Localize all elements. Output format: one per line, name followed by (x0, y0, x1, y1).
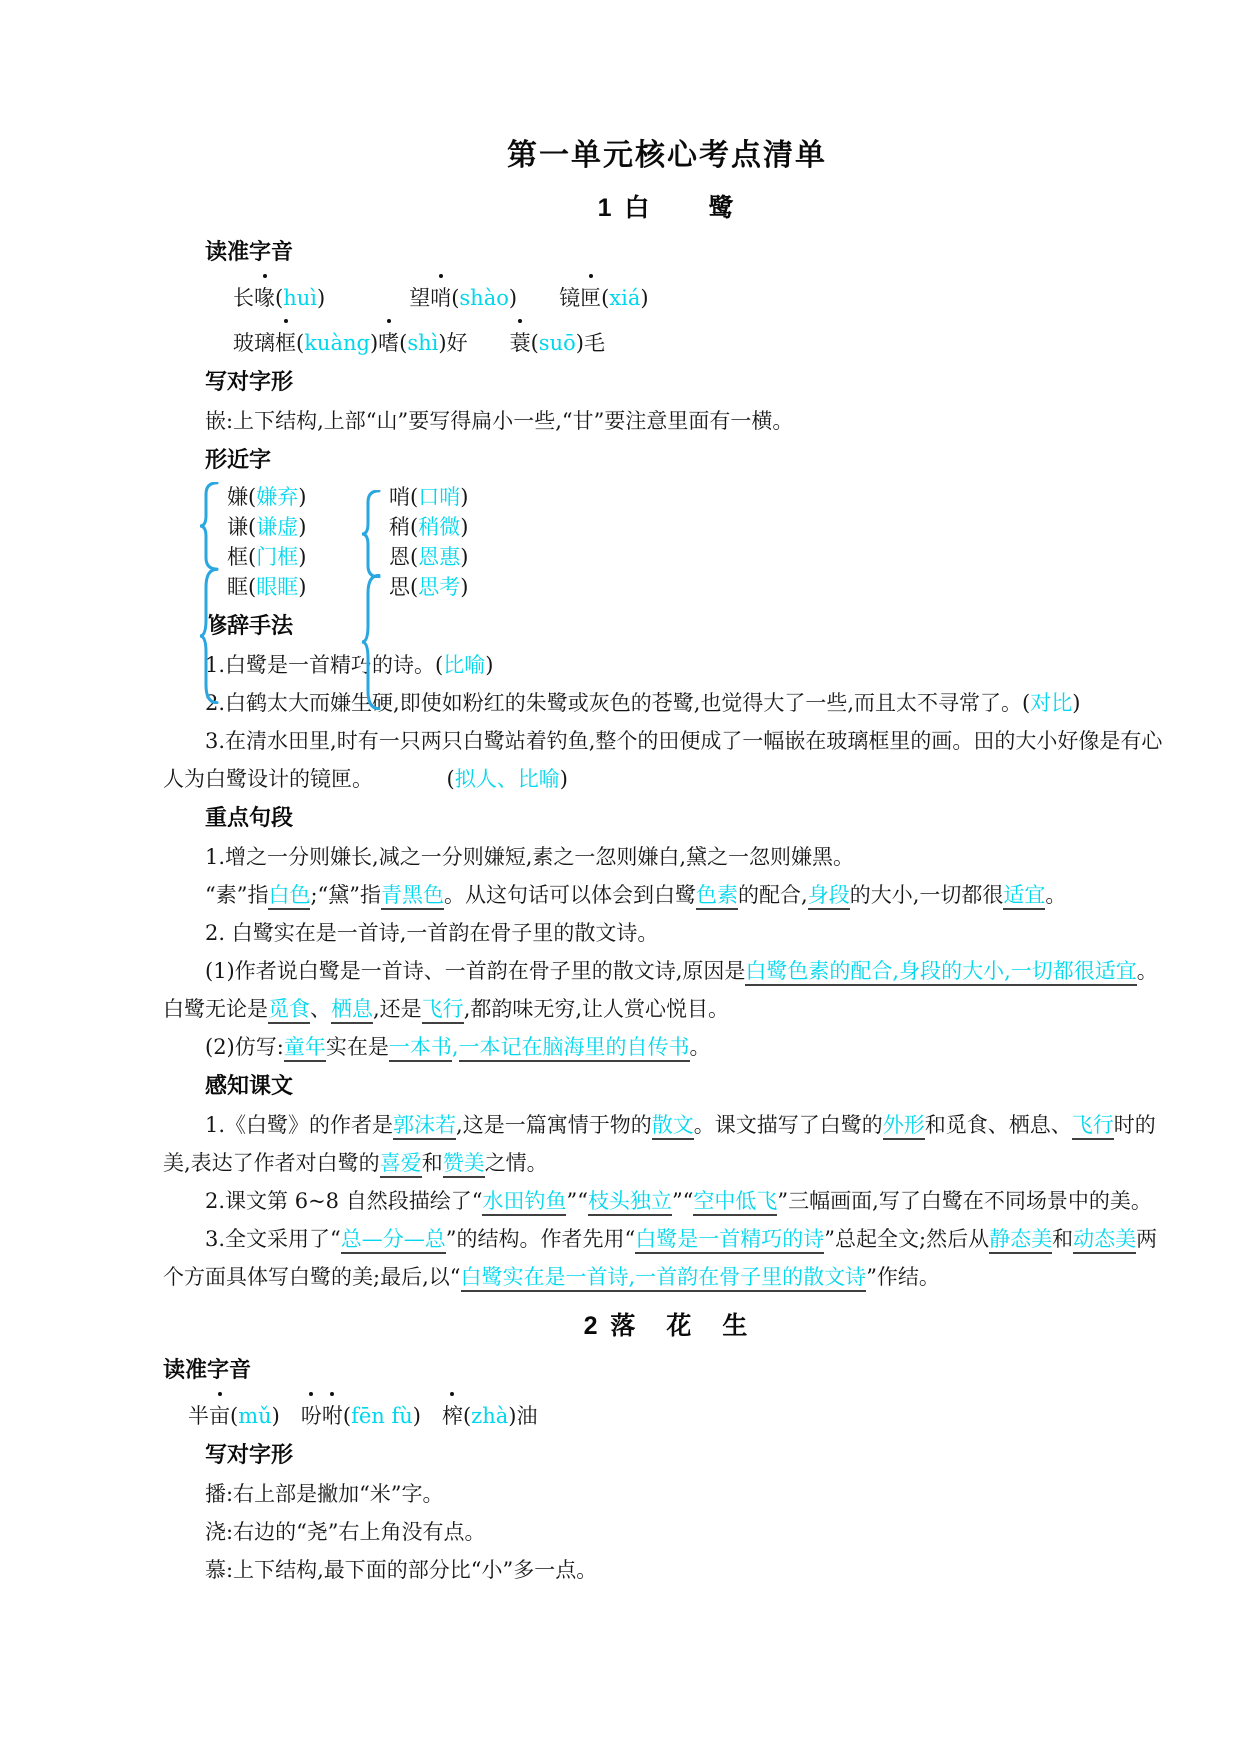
text-segment: ) (640, 286, 648, 310)
text-segment: 喜爱 (380, 1151, 422, 1178)
section-heading: 形近字 (205, 440, 1171, 480)
text-segment: mǔ (238, 1404, 271, 1428)
base-character: 谦 (227, 515, 248, 539)
text-segment: 郭沫若 (393, 1113, 456, 1140)
text-segment: huì (283, 286, 317, 310)
similar-character-item: 框(门框) (227, 542, 306, 572)
phonetic-line: 长喙(huì) 望哨(shào) 镜匣(xiá) (233, 272, 1171, 317)
character-example: 恩惠 (418, 545, 460, 569)
text-segment: 油 (516, 1404, 537, 1428)
paren: ( (410, 485, 418, 509)
paragraph: 浇:右边的“尧”右上角没有点。 (163, 1513, 1171, 1551)
paragraph: 3.在清水田里,时有一只两只白鹭站着钓鱼,整个的田便成了一幅嵌在玻璃框里的画。田… (163, 722, 1171, 798)
text-segment (468, 331, 510, 355)
base-character: 稍 (389, 515, 410, 539)
base-character: 恩 (389, 545, 410, 569)
text-segment: 总—分—总 (341, 1227, 446, 1254)
character-example: 口哨 (418, 485, 460, 509)
lesson-title: 2 落 花 生 (163, 1306, 1171, 1342)
text-segment: 播:右上部是撇加“米”字。 (205, 1482, 444, 1506)
text-segment: 。 (690, 1035, 711, 1059)
section-heading: 写对字形 (205, 362, 1171, 402)
base-character: 嫌 (227, 485, 248, 509)
similar-characters-column: 嫌(嫌弃)谦(谦虚)框(门框)眶(眼眶) (227, 482, 306, 602)
text-segment: suō (539, 331, 576, 355)
text-segment: 比喻 (443, 653, 485, 677)
similar-character-item: 思(思考) (389, 572, 468, 602)
paren: ( (248, 545, 256, 569)
paragraph: 2.课文第 6~8 自然段描绘了“水田钓鱼”“枝头独立”“空中低飞”三幅画面,写… (163, 1182, 1171, 1220)
text-segment: 一本记在脑海里的自传书 (459, 1035, 690, 1062)
text-segment: 外形 (883, 1113, 925, 1140)
text-segment: 散文 (652, 1113, 694, 1140)
character-example: 谦虚 (256, 515, 298, 539)
text-segment (517, 286, 559, 310)
similar-character-item: 哨(口哨) (389, 482, 468, 512)
text-segment: 适宜 (1003, 883, 1045, 910)
text-segment: 和 (1052, 1227, 1073, 1251)
text-segment: 1.《白鹭》的作者是 (205, 1113, 393, 1137)
text-segment: ) (438, 331, 446, 355)
text-segment: ) (576, 331, 584, 355)
text-segment: ) (509, 286, 517, 310)
text-segment (325, 286, 409, 310)
text-segment: 。 (1045, 883, 1066, 907)
section-heading: 读准字音 (205, 232, 1171, 272)
text-segment: 半 (188, 1404, 209, 1428)
section-heading: 重点句段 (205, 798, 1171, 838)
text-segment: 镜 (559, 286, 580, 310)
text-segment: 。课文描写了白鹭的 (694, 1113, 883, 1137)
brace-icon (361, 490, 381, 578)
text-segment: 蓑 (510, 324, 531, 362)
text-segment: ”“ (672, 1189, 693, 1213)
document-content: 第一单元核心考点清单 1 白 鹭读准字音长喙(huì) 望哨(shào) 镜匣(… (0, 0, 1241, 1589)
character-example: 门框 (256, 545, 298, 569)
paragraph: 嵌:上下结构,上部“山”要写得扁小一些,“甘”要注意里面有一横。 (163, 402, 1171, 440)
paragraph: 3.全文采用了“总—分—总”的结构。作者先用“白鹭是一首精巧的诗”总起全文;然后… (163, 1220, 1171, 1296)
text-segment: , (452, 1035, 459, 1059)
text-segment: 和觅食、栖息、 (925, 1113, 1072, 1137)
text-segment: 亩 (209, 1397, 230, 1435)
text-segment: shì (407, 331, 438, 355)
text-segment: ( (531, 331, 539, 355)
paragraph: (1)作者说白鹭是一首诗、一首韵在骨子里的散文诗,原因是白鹭色素的配合,身段的大… (163, 952, 1171, 1028)
text-segment: ( (296, 331, 304, 355)
text-segment: 童年 (284, 1035, 326, 1062)
document-body: 1 白 鹭读准字音长喙(huì) 望哨(shào) 镜匣(xiá)玻璃框(kuà… (163, 188, 1171, 1589)
text-segment: 的大小,一切都很 (850, 883, 1004, 907)
text-segment: 赞美 (443, 1151, 485, 1178)
text-segment: 青黑色 (381, 883, 444, 910)
text-segment: ) (1072, 691, 1080, 715)
text-segment: 枝头独立 (588, 1189, 672, 1216)
text-segment: 水田钓鱼 (482, 1189, 566, 1216)
text-segment: ( (343, 1404, 351, 1428)
section-heading: 读准字音 (163, 1350, 1171, 1390)
text-segment: 白鹭色素的配合,身段的大小,一切都很适宜 (745, 959, 1136, 986)
text-segment: 榨 (442, 1397, 463, 1435)
text-segment: 2.白鹤太大而嫌生硬,即使如粉红的朱鹭或灰色的苍鹭,也觉得大了一些,而且太不寻常… (205, 691, 1030, 715)
brace-icon (199, 482, 219, 570)
text-segment: 2. 白鹭实在是一首诗,一首韵在骨子里的散文诗。 (205, 921, 658, 945)
paragraph: 2.白鹤太大而嫌生硬,即使如粉红的朱鹭或灰色的苍鹭,也觉得大了一些,而且太不寻常… (163, 684, 1171, 722)
text-segment: ”的结构。作者先用“ (446, 1227, 635, 1251)
text-segment: 1.白鹭是一首精巧的诗。( (205, 653, 443, 677)
similar-character-item: 稍(稍微) (389, 512, 468, 542)
section-heading: 修辞手法 (205, 606, 1171, 646)
text-segment: 、 (310, 997, 331, 1021)
paren: ( (248, 485, 256, 509)
text-segment: 的配合, (738, 883, 808, 907)
text-segment: 玻璃 (233, 331, 275, 355)
text-segment: 3.在清水田里,时有一只两只白鹭站着钓鱼,整个的田便成了一幅嵌在玻璃框里的画。田… (163, 729, 1162, 791)
text-segment (280, 1404, 301, 1428)
text-segment: 咐 (322, 1397, 343, 1435)
text-segment: 吩 (301, 1397, 322, 1435)
text-segment: 白鹭是一首精巧的诗 (635, 1227, 824, 1254)
text-segment: 匣 (580, 279, 601, 317)
text-segment: 拟人、比喻 (455, 767, 560, 791)
paragraph: 1.增之一分则嫌长,减之一分则嫌短,素之一忽则嫌白,黛之一忽则嫌黑。 (163, 838, 1171, 876)
base-character: 框 (227, 545, 248, 569)
paragraph: 1.白鹭是一首精巧的诗。(比喻) (163, 646, 1171, 684)
text-segment: 身段 (808, 883, 850, 910)
text-segment: 毛 (584, 331, 605, 355)
similar-character-item: 眶(眼眶) (227, 572, 306, 602)
text-segment (421, 1404, 442, 1428)
paren: ( (410, 575, 418, 599)
text-segment: ) (370, 331, 378, 355)
text-segment: ,这是一篇寓情于物的 (456, 1113, 652, 1137)
paragraph: “素”指白色;“黛”指青黑色。从这句话可以体会到白鹭色素的配合,身段的大小,一切… (163, 876, 1171, 914)
text-segment: 哨 (430, 279, 451, 317)
paragraph: 1.《白鹭》的作者是郭沫若,这是一篇寓情于物的散文。课文描写了白鹭的外形和觅食、… (163, 1106, 1171, 1182)
text-segment: ) (272, 1404, 280, 1428)
text-segment: 实在是 (326, 1035, 389, 1059)
text-segment: ”作结。 (866, 1265, 940, 1289)
base-character: 思 (389, 575, 410, 599)
text-segment: ) (485, 653, 493, 677)
character-example: 眼眶 (256, 575, 298, 599)
paren: ( (248, 575, 256, 599)
similar-characters-block: 嫌(嫌弃)谦(谦虚)框(门框)眶(眼眶)哨(口哨)稍(稍微)恩(恩惠)思(思考) (203, 482, 1171, 602)
text-segment: (2)仿写: (205, 1035, 284, 1059)
text-segment: 觅食 (268, 997, 310, 1024)
paren: ( (248, 515, 256, 539)
text-segment: ( (230, 1404, 238, 1428)
lesson-2: 2 落 花 生读准字音半亩(mǔ) 吩咐(fēn fù) 榨(zhà)油写对字形… (163, 1306, 1171, 1589)
text-segment: 动态美 (1073, 1227, 1136, 1254)
text-segment: 3.全文采用了“ (205, 1227, 341, 1251)
paragraph: 慕:上下结构,最下面的部分比“小”多一点。 (163, 1551, 1171, 1589)
paren: ) (460, 575, 468, 599)
base-character: 哨 (389, 485, 410, 509)
text-segment: fēn fù (351, 1404, 413, 1428)
paragraph: (2)仿写:童年实在是一本书,一本记在脑海里的自传书。 (163, 1028, 1171, 1066)
text-segment: (1)作者说白鹭是一首诗、一首韵在骨子里的散文诗,原因是 (205, 959, 745, 983)
paragraph: 2. 白鹭实在是一首诗,一首韵在骨子里的散文诗。 (163, 914, 1171, 952)
paren: ) (298, 485, 306, 509)
text-segment: ( (275, 286, 283, 310)
character-example: 思考 (418, 575, 460, 599)
text-segment: zhà (471, 1404, 508, 1428)
text-segment: ”三幅画面,写了白鹭在不同场景中的美。 (777, 1189, 1151, 1213)
text-segment: 栖息 (331, 997, 373, 1024)
text-segment: shào (459, 286, 508, 310)
paren: ) (298, 515, 306, 539)
text-segment: ) (560, 767, 568, 791)
text-segment: “素”指 (205, 883, 268, 907)
text-segment: ) (317, 286, 325, 310)
text-segment: 浇:右边的“尧”右上角没有点。 (205, 1520, 486, 1544)
text-segment: 色素 (696, 883, 738, 910)
text-segment: xiá (609, 286, 640, 310)
text-segment: 静态美 (989, 1227, 1052, 1254)
similar-character-item: 恩(恩惠) (389, 542, 468, 572)
text-segment: 飞行 (1072, 1113, 1114, 1140)
text-segment: ”“ (566, 1189, 587, 1213)
text-segment: 空中低飞 (693, 1189, 777, 1216)
section-heading: 写对字形 (205, 1435, 1171, 1475)
text-segment: 一本书 (389, 1035, 452, 1062)
phonetic-line: 玻璃框(kuàng)嗜(shì)好 蓑(suō)毛 (233, 317, 1171, 362)
text-segment: 之情。 (485, 1151, 548, 1175)
similar-character-item: 嫌(嫌弃) (227, 482, 306, 512)
paragraph: 播:右上部是撇加“米”字。 (163, 1475, 1171, 1513)
text-segment: ”总起全文;然后从 (824, 1227, 989, 1251)
text-segment: 嗜 (378, 324, 399, 362)
text-segment: ;“黛”指 (310, 883, 381, 907)
paren: ) (460, 515, 468, 539)
section-heading: 感知课文 (205, 1066, 1171, 1106)
text-segment: 和 (422, 1151, 443, 1175)
paren: ( (410, 515, 418, 539)
text-segment: 1.增之一分则嫌长,减之一分则嫌短,素之一忽则嫌白,黛之一忽则嫌黑。 (205, 845, 854, 869)
page-title: 第一单元核心考点清单 (163, 130, 1171, 174)
paren: ( (410, 545, 418, 569)
text-segment: 飞行 (422, 997, 464, 1024)
paren: ) (298, 545, 306, 569)
base-character: 眶 (227, 575, 248, 599)
paren: ) (298, 575, 306, 599)
text-segment: 望 (409, 286, 430, 310)
paren: ) (460, 485, 468, 509)
phonetic-line: 半亩(mǔ) 吩咐(fēn fù) 榨(zhà)油 (188, 1390, 1171, 1435)
text-segment: 白鹭实在是一首诗,一首韵在骨子里的散文诗 (461, 1265, 867, 1292)
text-segment: ,都韵味无穷,让人赏心悦目。 (464, 997, 729, 1021)
lesson-1: 1 白 鹭读准字音长喙(huì) 望哨(shào) 镜匣(xiá)玻璃框(kuà… (163, 188, 1171, 1296)
text-segment: ) (413, 1404, 421, 1428)
text-segment: 。从这句话可以体会到白鹭 (444, 883, 696, 907)
text-segment: 2.课文第 6~8 自然段描绘了“ (205, 1189, 482, 1213)
character-example: 嫌弃 (256, 485, 298, 509)
text-segment: 白色 (268, 883, 310, 910)
text-segment: 长 (233, 286, 254, 310)
document-page: 第一单元核心考点清单 1 白 鹭读准字音长喙(huì) 望哨(shào) 镜匣(… (0, 0, 1241, 1754)
text-segment: ( (463, 1404, 471, 1428)
paren: ) (460, 545, 468, 569)
character-example: 稍微 (418, 515, 460, 539)
text-segment: 慕:上下结构,最下面的部分比“小”多一点。 (205, 1558, 597, 1582)
text-segment: 喙 (254, 279, 275, 317)
similar-character-item: 谦(谦虚) (227, 512, 306, 542)
text-segment: 好 (447, 331, 468, 355)
text-segment: 对比 (1030, 691, 1072, 715)
text-segment: kuàng (304, 331, 370, 355)
lesson-title: 1 白 鹭 (163, 188, 1171, 224)
text-segment: 框 (275, 324, 296, 362)
similar-characters-column: 哨(口哨)稍(稍微)恩(恩惠)思(思考) (389, 482, 468, 602)
text-segment: ,还是 (373, 997, 422, 1021)
text-segment: 嵌:上下结构,上部“山”要写得扁小一些,“甘”要注意里面有一横。 (205, 409, 793, 433)
